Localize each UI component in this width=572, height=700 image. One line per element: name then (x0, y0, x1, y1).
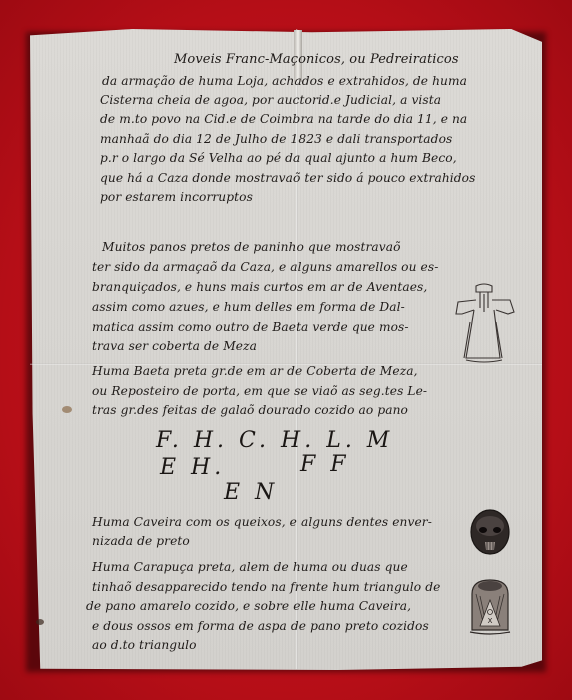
initials-row-2-left: E H. (160, 455, 225, 480)
text-line: assim como azues, e hum delles em forma … (92, 300, 405, 314)
text-line: trava ser coberta de Meza (92, 339, 257, 353)
text-line: manhaã do dia 12 de Julho de 1823 e dali… (100, 132, 452, 146)
text-line: Huma Caveira com os queixos, e alguns de… (92, 515, 432, 529)
text-line: por estarem incorruptos (100, 190, 253, 204)
ink-stain (36, 619, 44, 625)
text-line: e dous ossos em forma de aspa de pano pr… (92, 619, 429, 633)
text-line: Muitos panos pretos de paninho que mostr… (102, 240, 401, 254)
ink-stain (62, 406, 72, 413)
text-line: que há a Caza donde mostravaõ ter sido á… (100, 171, 475, 185)
text-line: p.r o largo da Sé Velha ao pé da qual aj… (100, 151, 457, 165)
text-line: Cisterna cheia de agoa, por auctorid.e J… (100, 93, 441, 107)
hood-triangle-sketch-icon: X (466, 576, 514, 636)
text-line: de m.to povo na Cid.e de Coimbra na tard… (100, 112, 467, 126)
text-line: matica assim como outro de Baeta verde q… (92, 320, 409, 334)
initials-row-1: F. H. C. H. L. M (156, 428, 393, 453)
text-line: ao d.to triangulo (92, 638, 197, 652)
text-line: tras gr.des feitas de galaõ dourado cozi… (92, 403, 408, 417)
text-line: da armação de huma Loja, achados e extra… (102, 74, 467, 88)
text-line: tinhaõ desapparecido tendo na frente hum… (92, 580, 440, 594)
crossbones-mark: X (488, 617, 493, 625)
text-line: nizada de preto (92, 534, 190, 548)
text-line: Huma Baeta preta gr.de em ar de Coberta … (92, 364, 418, 378)
heading: Moveis Franc-Maçonicos, ou Pedreiraticos (174, 52, 459, 67)
initials-row-2-right: F F (300, 452, 350, 477)
dalmatica-sketch-icon (440, 278, 530, 368)
text-line: de pano amarelo cozido, e sobre elle hum… (86, 599, 411, 613)
text-line: Huma Carapuça preta, alem de huma ou dua… (92, 560, 408, 574)
text-line: ter sido da armaçaõ da Caza, e alguns am… (92, 260, 438, 274)
skull-sketch-icon (468, 508, 512, 558)
initials-row-3: E N (224, 480, 278, 505)
text-line: ou Reposteiro de porta, em que se viaõ a… (92, 384, 427, 398)
text-line: branquiçados, e huns mais curtos em ar d… (92, 280, 427, 294)
